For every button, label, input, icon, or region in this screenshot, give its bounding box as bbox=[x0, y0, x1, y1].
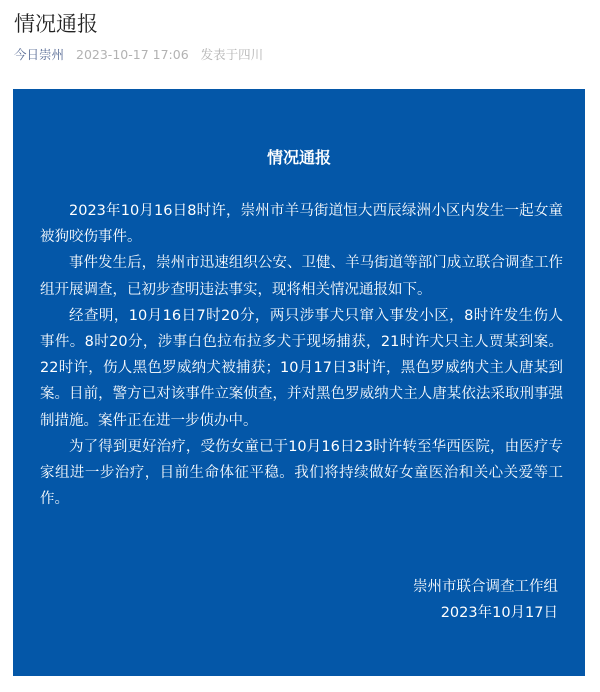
notice-paragraph: 事件发生后，崇州市迅速组织公安、卫健、羊马街道等部门成立联合调查工作组开展调查，… bbox=[40, 250, 563, 302]
account-name-link[interactable]: 今日崇州 bbox=[14, 47, 64, 62]
notice-image: 情况通报 2023年10月16日8时许，崇州市羊马街道恒大西辰绿洲小区内发生一起… bbox=[13, 89, 585, 676]
notice-signature: 崇州市联合调查工作组 bbox=[413, 574, 558, 600]
notice-signature-block: 崇州市联合调查工作组 2023年10月17日 bbox=[413, 574, 558, 626]
notice-paragraph: 为了得到更好治疗，受伤女童已于10月16日23时许转至华西医院，由医疗专家组进一… bbox=[40, 434, 563, 513]
notice-date: 2023年10月17日 bbox=[413, 600, 558, 626]
notice-body: 2023年10月16日8时许，崇州市羊马街道恒大西辰绿洲小区内发生一起女童被狗咬… bbox=[40, 198, 563, 512]
notice-paragraph: 经查明，10月16日7时20分，两只涉事犬只窜入事发小区，8时许发生伤人事件。8… bbox=[40, 303, 563, 434]
article-meta: 今日崇州 2023-10-17 17:06 发表于四川 bbox=[14, 45, 263, 63]
article-title: 情况通报 bbox=[14, 8, 98, 38]
notice-paragraph: 2023年10月16日8时许，崇州市羊马街道恒大西辰绿洲小区内发生一起女童被狗咬… bbox=[40, 198, 563, 250]
publish-location: 发表于四川 bbox=[201, 47, 264, 62]
publish-time: 2023-10-17 17:06 bbox=[76, 47, 189, 62]
notice-title: 情况通报 bbox=[13, 145, 585, 168]
